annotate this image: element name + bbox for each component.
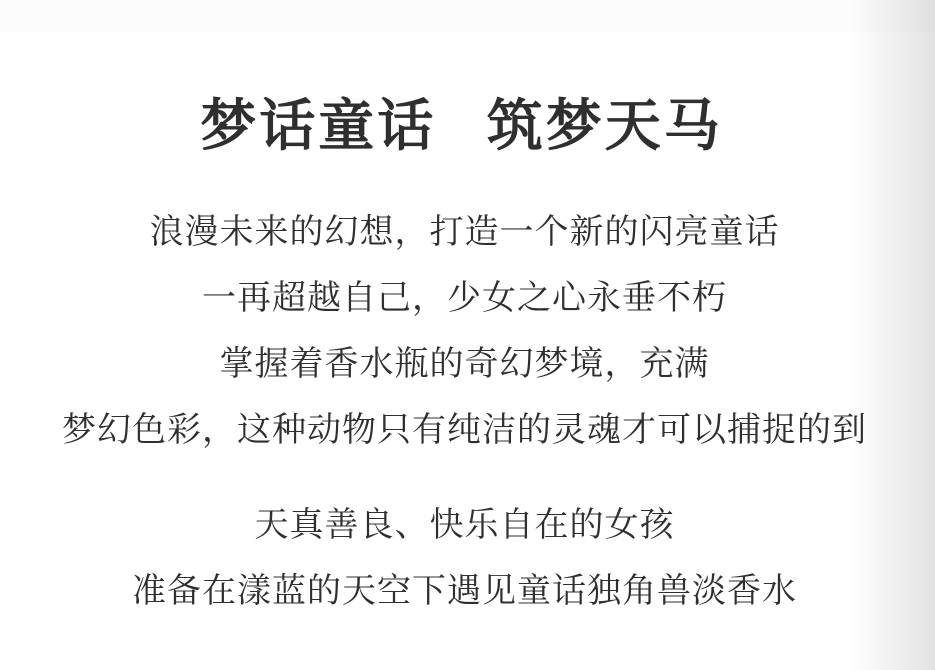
description-paragraph-1: 浪漫未来的幻想，打造一个新的闪亮童话 一再超越自己，少女之心永垂不朽 掌握着香水… xyxy=(0,199,929,463)
description-paragraph-2: 天真善良、快乐自在的女孩 准备在漾蓝的天空下遇见童话独角兽淡香水 xyxy=(0,492,929,624)
text-page: 梦话童话 筑梦天马 浪漫未来的幻想，打造一个新的闪亮童话 一再超越自己，少女之心… xyxy=(0,0,935,670)
body-line: 天真善良、快乐自在的女孩 xyxy=(0,492,929,558)
top-shading xyxy=(0,0,935,32)
body-line: 浪漫未来的幻想，打造一个新的闪亮童话 xyxy=(0,199,929,265)
body-line: 掌握着香水瓶的奇幻梦境，充满 xyxy=(0,331,929,397)
body-line: 梦幻色彩，这种动物只有纯洁的灵魂才可以捕捉的到 xyxy=(0,397,929,463)
page-title: 梦话童话 筑梦天马 xyxy=(0,82,923,162)
body-line: 一再超越自己，少女之心永垂不朽 xyxy=(0,265,929,331)
body-line: 准备在漾蓝的天空下遇见童话独角兽淡香水 xyxy=(0,558,929,624)
